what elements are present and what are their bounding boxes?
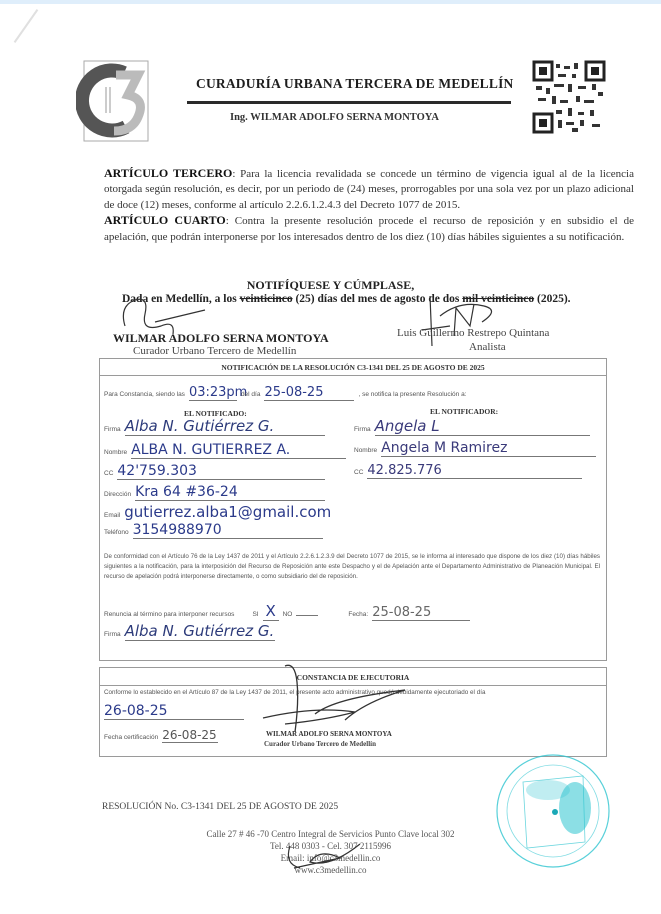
notification-divider bbox=[100, 375, 606, 376]
curator-role: Curador Urbano Tercero de Medellín bbox=[133, 345, 296, 357]
ejecutoria-text: Conforme lo establecido en el Artículo 8… bbox=[104, 689, 485, 696]
notification-date: 25-08-25 bbox=[264, 385, 354, 401]
notificador-name-row: Nombre Angela M Ramirez bbox=[354, 439, 596, 457]
ejecutoria-date: 26-08-25 bbox=[104, 703, 244, 720]
resolution-reference: RESOLUCIÓN No. C3-1341 DEL 25 DE AGOSTO … bbox=[102, 802, 338, 812]
ejecutoria-divider bbox=[100, 685, 606, 686]
renuncia-si-checkbox[interactable]: X bbox=[263, 602, 279, 621]
analyst-name: Luis Guillermo Restrepo Quintana bbox=[397, 327, 549, 339]
notificador-signature-row: Firma Angela L bbox=[354, 417, 590, 436]
issued-date-line: Dada en Medellín, a los veinticinco (25)… bbox=[122, 293, 571, 305]
notificador-name: Angela M Ramirez bbox=[381, 440, 596, 457]
notification-time: 03:23pm bbox=[189, 385, 237, 401]
notification-title: NOTIFICACIÓN DE LA RESOLUCIÓN C3-1341 DE… bbox=[100, 363, 606, 372]
header-divider bbox=[187, 101, 511, 104]
ejecutoria-signer-role: Curador Urbano Tercero de Medellín bbox=[264, 740, 376, 748]
renuncia-no-checkbox[interactable] bbox=[296, 607, 318, 616]
notificado-cc-row: CC 42'759.303 bbox=[104, 462, 325, 480]
certification-row: Fecha certificación 26-08-25 bbox=[104, 726, 218, 744]
notificado-email: gutierrez.alba1@gmail.com bbox=[124, 503, 331, 521]
article-third-label: ARTÍCULO TERCERO bbox=[104, 166, 232, 180]
notificado-signature: Alba N. Gutiérrez G. bbox=[125, 417, 325, 436]
renuncia-signature: Alba N. Gutiérrez G. bbox=[125, 622, 275, 641]
ejecutoria-date-row: 26-08-25 bbox=[104, 702, 244, 720]
notificado-name: ALBA N. GUTIERREZ A. bbox=[131, 442, 346, 459]
ejecutoria-box: CONSTANCIA DE EJECUTORIA Conforme lo est… bbox=[99, 667, 607, 757]
scan-mark bbox=[14, 9, 39, 43]
qr-code-icon bbox=[532, 60, 606, 134]
notificado-phone: 3154988970 bbox=[133, 522, 323, 539]
renuncia-row: Renuncia al término para interponer recu… bbox=[104, 602, 470, 621]
notificado-name-row: Nombre ALBA N. GUTIERREZ A. bbox=[104, 441, 346, 459]
notificado-address: Kra 64 #36-24 bbox=[135, 484, 325, 501]
constancia-line: Para Constancia, siendo las 03:23pm del … bbox=[104, 383, 467, 401]
ejecutoria-signer-name: WILMAR ADOLFO SERNA MONTOYA bbox=[266, 730, 392, 738]
closing-title: NOTIFÍQUESE Y CÚMPLASE, bbox=[0, 278, 661, 293]
curator-name: WILMAR ADOLFO SERNA MONTOYA bbox=[113, 331, 329, 346]
notificado-cc: 42'759.303 bbox=[117, 463, 325, 480]
notificado-address-row: Dirección Kra 64 #36-24 bbox=[104, 483, 325, 501]
notification-box: NOTIFICACIÓN DE LA RESOLUCIÓN C3-1341 DE… bbox=[99, 358, 607, 661]
analyst-role: Analista bbox=[469, 341, 506, 353]
ejecutoria-title: CONSTANCIA DE EJECUTORIA bbox=[100, 673, 606, 682]
notificador-cc: 42.825.776 bbox=[367, 463, 582, 479]
notificador-heading: EL NOTIFICADOR: bbox=[430, 407, 498, 416]
notificado-email-row: Email gutierrez.alba1@gmail.com bbox=[104, 503, 331, 522]
scan-top-edge bbox=[0, 0, 661, 4]
notificador-cc-row: CC 42.825.776 bbox=[354, 461, 582, 479]
certification-date: 26-08-25 bbox=[162, 728, 218, 743]
article-fourth-label: ARTÍCULO CUARTO bbox=[104, 213, 226, 227]
c3-logo-icon bbox=[76, 55, 156, 145]
official-seal-icon bbox=[493, 752, 613, 870]
renuncia-date: 25-08-25 bbox=[372, 605, 470, 621]
legal-notice: De conformidad con el Artículo 76 de la … bbox=[104, 552, 600, 582]
notificador-signature: Angela L bbox=[375, 417, 590, 436]
renuncia-signature-row: Firma Alba N. Gutiérrez G. bbox=[104, 622, 275, 641]
notificado-signature-row: Firma Alba N. Gutiérrez G. bbox=[104, 417, 325, 436]
org-title: CURADURÍA URBANA TERCERA DE MEDELLÍN bbox=[196, 76, 514, 92]
articles-block: ARTÍCULO TERCERO: Para la licencia reval… bbox=[104, 166, 634, 245]
org-subtitle: Ing. WILMAR ADOLFO SERNA MONTOYA bbox=[230, 112, 439, 123]
notificado-phone-row: Teléfono 3154988970 bbox=[104, 521, 323, 539]
